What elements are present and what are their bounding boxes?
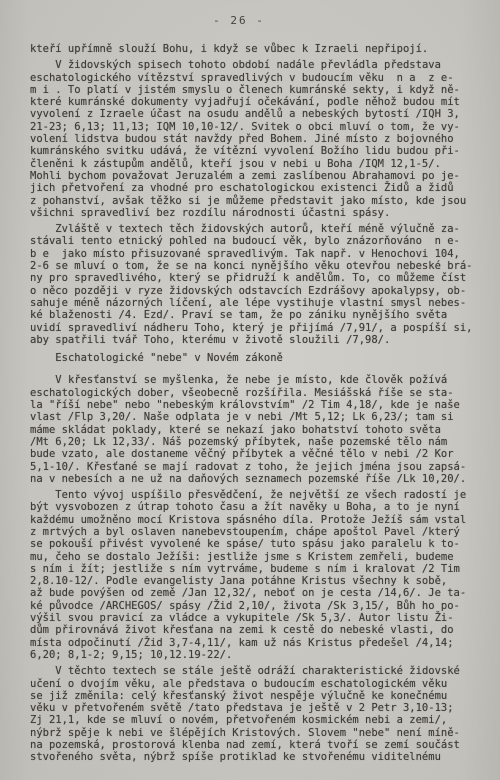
typewritten-document-page: - 26 - kteří upřímně slouží Bohu, i když… xyxy=(0,0,500,780)
paragraph-jewish-writings: V židovských spisech tohoto období nadál… xyxy=(30,59,478,219)
section-heading-eschatological-heaven: Eschatologické "nebe" v Novém zákoně xyxy=(30,352,478,364)
paragraph-development: Tento vývoj uspíšilo přesvědčení, že nej… xyxy=(30,489,478,661)
paragraph-intro: kteří upřímně slouží Bohu, i když se vůb… xyxy=(30,43,478,55)
paragraph-two-ages: V těchto textech se stále ještě odráží c… xyxy=(30,665,478,763)
page-number: - 26 - xyxy=(30,14,448,27)
paragraph-heaven-texts: Zvláště v textech těch židovských autorů… xyxy=(30,223,478,346)
document-body: kteří upřímně slouží Bohu, i když se vůb… xyxy=(30,43,478,764)
paragraph-christianity: V křesťanství se myšlenka, že nebe je mí… xyxy=(30,374,478,485)
